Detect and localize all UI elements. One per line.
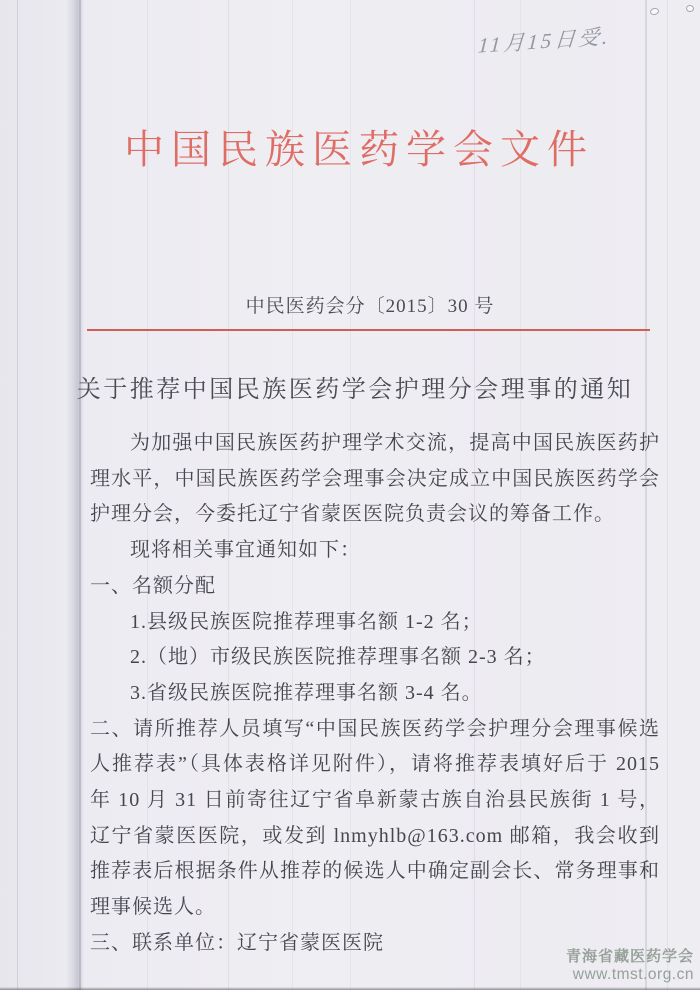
document-number: 中民医药会分〔2015〕30 号 bbox=[88, 291, 652, 318]
staple-hole bbox=[649, 7, 659, 16]
handwritten-date-note: 11月15日受. bbox=[477, 20, 611, 59]
letterhead-divider bbox=[87, 329, 650, 331]
document-title: 关于推荐中国民族医药学会护理分会理事的通知 bbox=[50, 369, 660, 404]
watermark-url: www.tmst.org.cn bbox=[566, 966, 694, 984]
body-paragraph: 2.（地）市级民族医院推荐理事名额 2-3 名； bbox=[90, 640, 660, 676]
body-paragraph: 3.省级民族医院推荐理事名额 3-4 名。 bbox=[90, 676, 660, 712]
letterhead-title: 中国民族医药学会文件 bbox=[0, 118, 700, 175]
body-paragraph: 1.县级民族医院推荐理事名额 1-2 名； bbox=[90, 605, 660, 641]
body-paragraph: 为加强中国民族医药护理学术交流，提高中国民族医药护理水平，中国民族医药学会理事会… bbox=[90, 426, 660, 533]
body-paragraph: 现将相关事宜通知如下： bbox=[90, 533, 660, 569]
staple-hole bbox=[685, 4, 694, 12]
scanned-document-page: 11月15日受. 中国民族医药学会文件 中民医药会分〔2015〕30 号 关于推… bbox=[0, 0, 700, 990]
watermark-org: 青海省藏医药学会 bbox=[566, 948, 694, 966]
body-paragraph: 二、请所推荐人员填写“中国民族医药学会护理分会理事候选人推荐表”（具体表格详见附… bbox=[90, 712, 660, 926]
watermark: 青海省藏医药学会 www.tmst.org.cn bbox=[566, 948, 694, 984]
document-body: 为加强中国民族医药护理学术交流，提高中国民族医药护理水平，中国民族医药学会理事会… bbox=[90, 426, 660, 962]
body-paragraph: 一、名额分配 bbox=[90, 569, 660, 605]
